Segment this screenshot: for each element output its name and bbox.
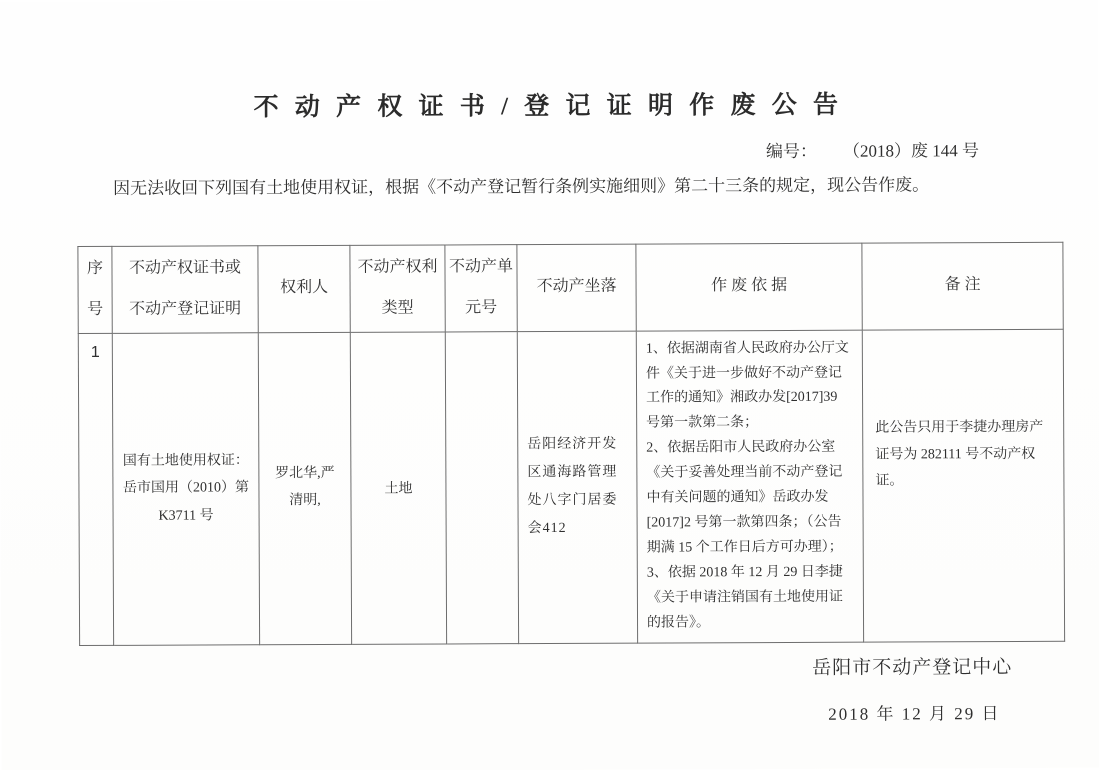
document-number-value: （2018）废 144 号 (843, 136, 979, 162)
table-header-row: 序 号 不动产权证书或 不动产登记证明 权利人 不动产权利 类型 不动产单 元号… (78, 242, 1063, 333)
basis-item-1: 1、依据湖南省人民政府办公厅文件《关于进一步做好不动产登记工作的通知》湘政办发[… (646, 336, 854, 437)
column-header-seq: 序 号 (78, 246, 112, 333)
page-title: 不 动 产 权 证 书 / 登 记 证 明 作 废 公 告 (0, 0, 1098, 124)
column-header-note: 备 注 (862, 242, 1063, 330)
row-basis: 1、依据湖南省人民政府办公厅文件《关于进一步做好不动产登记工作的通知》湘政办发[… (636, 330, 863, 643)
basis-item-3: 3、依据 2018 年 12 月 29 日李捷《关于申请注销国有土地使用证的报告… (647, 560, 855, 636)
issue-date: 2018 年 12 月 29 日 (1, 698, 1099, 728)
row-certificate: 国有土地使用权证： 岳市国用（2010）第 K3711 号 (112, 332, 259, 645)
column-header-holder: 权利人 (258, 245, 350, 332)
basis-item-2: 2、依据岳阳市人民政府办公室《关于妥善处理当前不动产登记中有关问题的通知》岳政办… (646, 436, 855, 561)
issuer-signature: 岳阳市不动产登记中心 (1, 651, 1099, 683)
document-number-label: 编号： (766, 137, 817, 162)
document-number-line: 编号： （2018）废 144 号 (0, 136, 1098, 166)
column-header-basis: 作 废 依 据 (636, 243, 862, 331)
column-header-right-type: 不动产权利 类型 (350, 245, 445, 332)
row-note: 此公告只用于李捷办理房产证号为 282111 号不动产权证。 (862, 329, 1064, 642)
row-location: 岳阳经济开发区通海路管理处八字门居委会412 (517, 331, 637, 643)
row-right-type: 土地 (350, 332, 446, 644)
row-holder: 罗北华,严清明, (258, 332, 351, 644)
row-unit-no (445, 331, 518, 643)
table-row: 1 国有土地使用权证： 岳市国用（2010）第 K3711 号 罗北华,严清明,… (78, 329, 1064, 645)
column-header-unit-no: 不动产单 元号 (445, 244, 517, 331)
intro-paragraph: 因无法收回下列国有土地使用权证，根据《不动产登记暂行条例实施细则》第二十三条的规… (79, 173, 1014, 202)
scanned-notice-page: 不 动 产 权 证 书 / 登 记 证 明 作 废 公 告 编号： （2018）… (0, 0, 1099, 770)
row-seq: 1 (78, 333, 113, 645)
invalidation-table: 序 号 不动产权证书或 不动产登记证明 权利人 不动产权利 类型 不动产单 元号… (77, 241, 1065, 645)
column-header-certificate: 不动产权证书或 不动产登记证明 (112, 245, 258, 333)
column-header-location: 不动产坐落 (517, 244, 636, 332)
